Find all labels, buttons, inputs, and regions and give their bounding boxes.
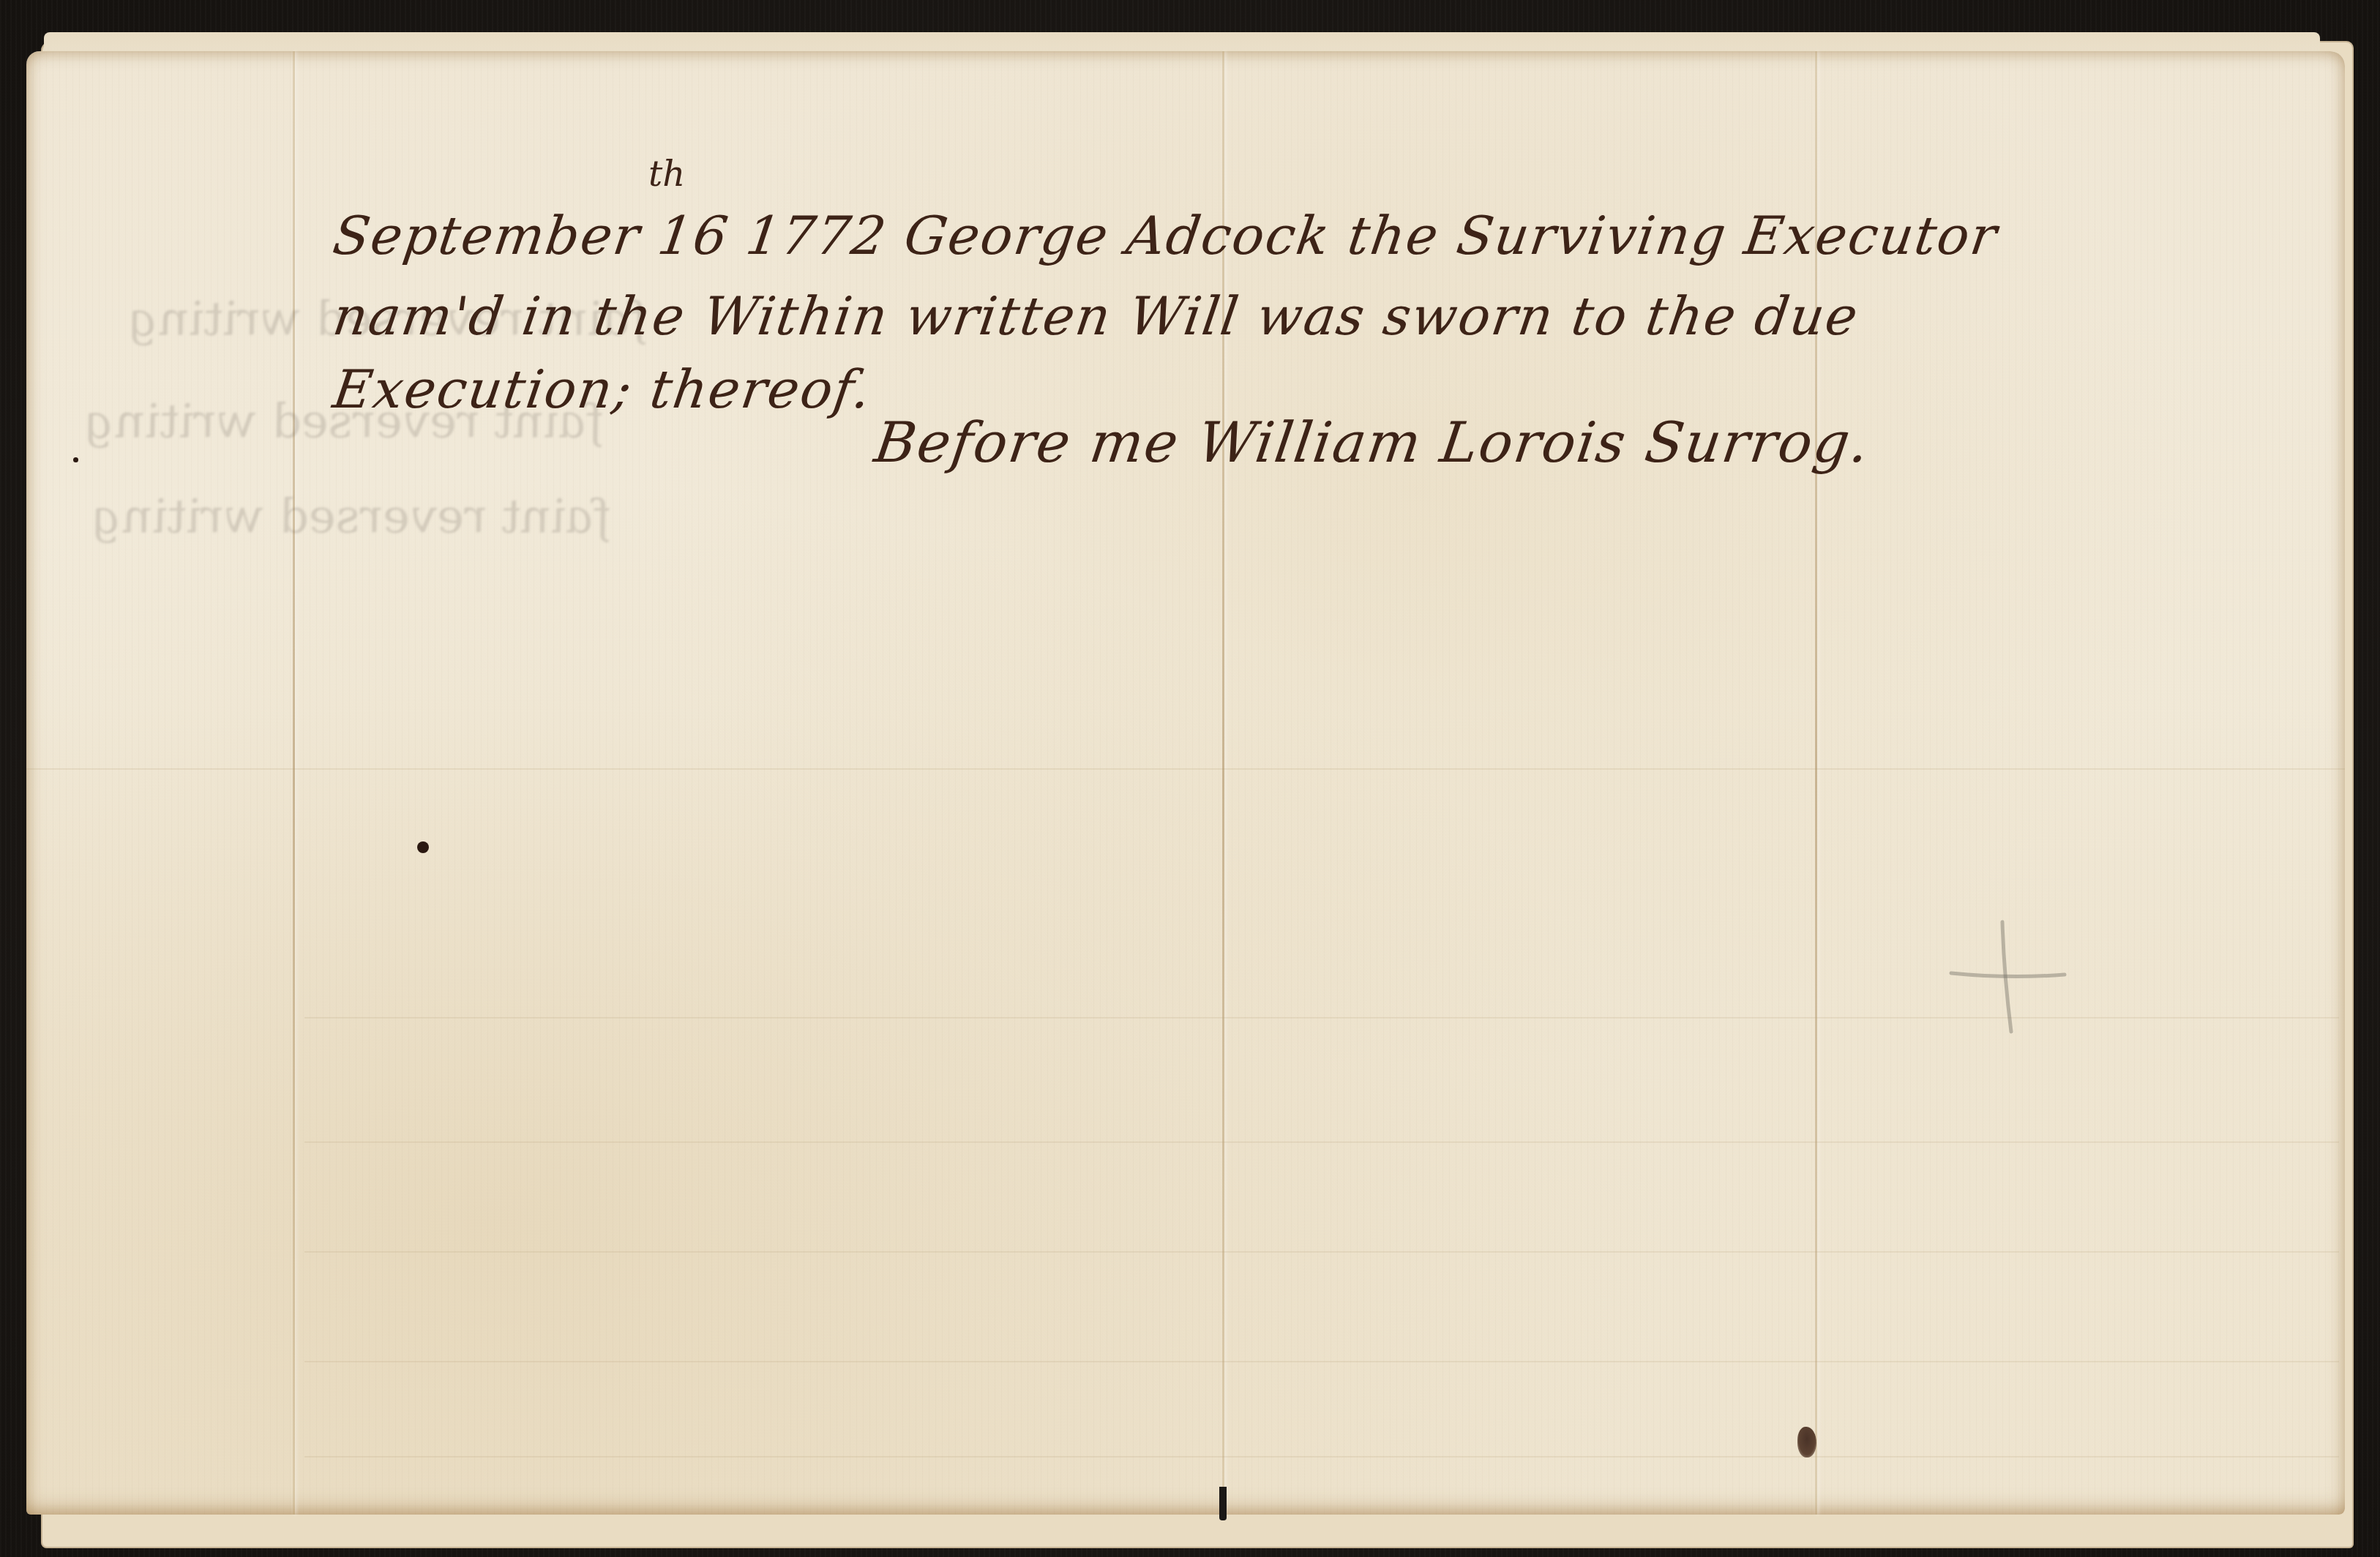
faint-ruled-line: [304, 1456, 2339, 1457]
date-ordinal-superscript: th: [648, 154, 685, 195]
document-page: faint reversed writing faint reversed wr…: [26, 51, 2345, 1515]
ink-stain: [1797, 1427, 1816, 1457]
bleed-through-text: faint reversed writing: [86, 490, 617, 544]
handwritten-line-3: Execution; thereof.: [329, 359, 875, 420]
faint-ruled-line: [304, 1251, 2339, 1253]
fold-line-center: [1222, 51, 1224, 1515]
pencil-cross-mark-icon: [1944, 915, 2068, 1039]
handwritten-line-2: nam'd in the Within written Will was swo…: [329, 285, 1863, 347]
fold-line-right: [1815, 51, 1817, 1515]
handwritten-line-1: September 16 1772 George Adcock the Surv…: [329, 205, 2002, 266]
paper-tear: [1219, 1487, 1227, 1520]
ink-spot: [417, 841, 429, 853]
fold-line-horizontal: [26, 768, 2345, 770]
faint-ruled-line: [304, 1361, 2339, 1362]
fold-line-left: [293, 51, 295, 1515]
faint-ruled-line: [304, 1141, 2339, 1143]
ink-spot: [73, 457, 78, 462]
surrogate-signature: Before me William Lorois Surrog.: [871, 410, 1874, 475]
